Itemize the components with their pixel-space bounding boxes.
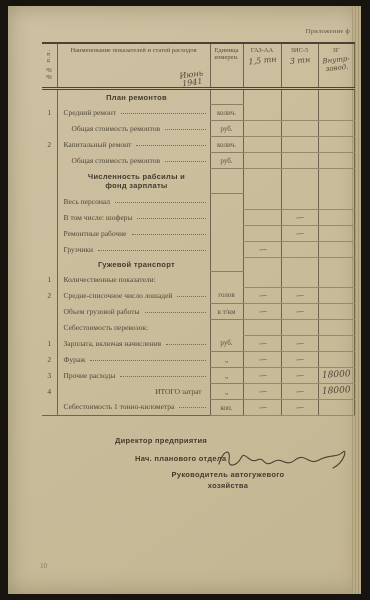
table-row: 2Капитальный ремонтколич.	[42, 137, 354, 153]
handwritten-dash: —	[296, 212, 303, 221]
row-label: Средне-списочное число лошадей	[64, 291, 173, 300]
row-label: Общая стоимость ремонтов	[72, 124, 161, 133]
value-cell	[318, 335, 354, 351]
value-cell	[281, 319, 318, 335]
unit-cell: коп.	[210, 399, 243, 415]
value-cell: —	[243, 287, 281, 303]
row-number	[42, 319, 57, 335]
unit-cell	[210, 241, 243, 257]
handwritten-dash: —	[258, 386, 265, 395]
row-number	[42, 121, 57, 137]
row-label-cell: Средне-списочное число лошадей	[57, 287, 210, 303]
value-cell	[243, 319, 281, 335]
value-cell: —	[281, 287, 318, 303]
table-row: Ремонтные рабочие—	[42, 225, 354, 241]
row-label-cell: Прочие расходы	[57, 367, 210, 383]
dot-leader	[98, 250, 205, 251]
value-cell: —	[243, 335, 281, 351]
value-cell: —	[281, 335, 318, 351]
row-label-cell: Грузчики	[57, 241, 210, 257]
handwritten-dash: —	[296, 386, 303, 395]
row-label: Количественные показатели:	[64, 275, 156, 284]
dot-leader	[165, 129, 205, 130]
row-label: Объем грузовой работы	[64, 307, 140, 316]
value-cell	[318, 225, 354, 241]
header-handwriting: Июнь 1941	[179, 69, 205, 88]
table-row: 2Фураж„——	[42, 351, 354, 367]
table-row: 1Средний ремонтколич.	[42, 105, 354, 121]
row-number: 2	[42, 287, 57, 303]
row-label: Себестоимость 1 тонно-километра	[64, 402, 175, 411]
value-cell	[243, 272, 281, 288]
dot-leader	[165, 161, 205, 162]
row-label-cell: Фураж	[57, 351, 210, 367]
row-label-cell: Себестоимость 1 тонно-километра	[57, 399, 210, 415]
row-label-cell: Общая стоимость ремонтов	[57, 153, 210, 169]
table-row: Общая стоимость ремонтовруб.	[42, 153, 354, 169]
handwritten-dash: —	[258, 338, 265, 347]
row-number: 1	[42, 335, 57, 351]
row-label-cell: Зарплата, включая начисления	[57, 335, 210, 351]
value-cell: —	[243, 351, 281, 367]
row-number: 2	[42, 351, 57, 367]
table-header-row: №№ п.п. Наименование показателей и стате…	[42, 43, 354, 89]
unit-cell: руб.	[210, 121, 243, 137]
section-title: План ремонтов	[64, 93, 210, 102]
dot-leader	[136, 145, 205, 146]
value-cell	[318, 121, 354, 137]
value-cell: —	[281, 225, 318, 241]
handwritten-dash: —	[258, 354, 265, 363]
row-label: ИТОГО затрат	[155, 387, 201, 396]
row-label: Весь персонал	[64, 197, 110, 206]
handwritten-value: 18000	[321, 370, 350, 380]
value-cell	[281, 137, 318, 153]
row-number	[42, 225, 57, 241]
handwritten-dash: —	[296, 354, 303, 363]
row-number: 1	[42, 105, 57, 121]
handwritten-value: 18000	[321, 386, 350, 396]
row-label-cell: Общая стоимость ремонтов	[57, 121, 210, 137]
header-gaz-aa-col: ГАЗ-АА 1,5 тн	[243, 43, 281, 89]
row-label: Зарплата, включая начисления	[64, 339, 162, 348]
value-cell	[243, 209, 281, 225]
table-row: 2Средне-списочное число лошадейголов——	[42, 287, 354, 303]
row-label-cell: Средний ремонт	[57, 105, 210, 121]
row-label: Грузчики	[64, 245, 94, 254]
row-number: 4	[42, 383, 57, 399]
table-row: Общая стоимость ремонтовруб.	[42, 121, 354, 137]
table-row: 4ИТОГО затрат„——18000	[42, 383, 354, 399]
dot-leader	[145, 312, 206, 313]
handwritten-dash: —	[296, 402, 303, 411]
unit-cell: в т/км	[210, 303, 243, 319]
table-row: 3Прочие расходы„——18000	[42, 367, 354, 383]
table-row: Объем грузовой работыв т/км——	[42, 303, 354, 319]
section-title: Гужевой транспорт	[64, 260, 210, 269]
row-number	[42, 209, 57, 225]
row-number	[42, 241, 57, 257]
value-cell	[281, 272, 318, 288]
section-header-row: План ремонтов	[42, 89, 354, 105]
value-cell	[318, 105, 354, 121]
value-cell: —	[281, 383, 318, 399]
header-name-col: Наименование показателей и статей расход…	[57, 43, 210, 89]
dot-leader	[177, 296, 205, 297]
table-row: 1Зарплата, включая начисленияруб.——	[42, 335, 354, 351]
dot-leader	[120, 376, 205, 377]
dot-leader	[137, 218, 205, 219]
row-label: Прочие расходы	[64, 371, 116, 380]
unit-cell	[210, 225, 243, 241]
unit-cell: „	[210, 367, 243, 383]
dot-leader	[121, 113, 205, 114]
value-cell	[281, 241, 318, 257]
signature-title-director: Директор предприятия	[115, 436, 207, 445]
row-label: Капитальный ремонт	[64, 140, 132, 149]
dot-leader	[166, 344, 205, 345]
row-number	[42, 194, 57, 210]
value-cell	[318, 209, 354, 225]
expense-form-table: №№ п.п. Наименование показателей и стате…	[42, 42, 355, 416]
value-cell: —	[243, 383, 281, 399]
value-cell: 18000	[318, 367, 354, 383]
appendix-note: Приложение ф	[306, 28, 350, 35]
table-row: 1Количественные показатели:	[42, 272, 354, 288]
header-num-col: №№ п.п.	[42, 43, 57, 89]
row-label-cell: Весь персонал	[57, 194, 210, 210]
handwritten-dash: —	[258, 402, 265, 411]
row-number	[42, 303, 57, 319]
value-cell: —	[281, 399, 318, 415]
handwritten-dash: —	[296, 228, 303, 237]
value-cell: —	[281, 303, 318, 319]
row-number: 1	[42, 272, 57, 288]
value-cell: —	[243, 367, 281, 383]
handwritten-signature	[213, 438, 353, 478]
row-number: 2	[42, 137, 57, 153]
value-cell	[318, 319, 354, 335]
unit-cell	[210, 272, 243, 288]
header-zis5-col: ЗИС-5 3 тн	[281, 43, 318, 89]
value-cell: —	[281, 351, 318, 367]
row-number	[42, 399, 57, 415]
table-row: Себестоимость перевозок:	[42, 319, 354, 335]
handwritten-dash: —	[296, 306, 303, 315]
value-cell	[243, 105, 281, 121]
dot-leader	[90, 360, 205, 361]
value-cell: —	[281, 209, 318, 225]
value-cell	[243, 137, 281, 153]
value-cell	[243, 225, 281, 241]
value-cell	[281, 105, 318, 121]
row-label: Фураж	[64, 355, 86, 364]
table-row: Себестоимость 1 тонно-километракоп.——	[42, 399, 354, 415]
row-label: В том числе: шоферы	[64, 213, 133, 222]
unit-cell: руб.	[210, 153, 243, 169]
row-number: 3	[42, 367, 57, 383]
unit-cell: колич.	[210, 137, 243, 153]
value-cell: —	[243, 399, 281, 415]
value-cell	[318, 153, 354, 169]
section-header-row: Численность рабсилы и фонд зарплаты	[42, 169, 354, 194]
unit-cell	[210, 319, 243, 335]
scanned-page: Приложение ф №№ п.п. Наименование показа…	[8, 6, 361, 594]
header-unit-col: Единица измерен.	[210, 43, 243, 89]
table-row: Весь персонал	[42, 194, 354, 210]
table-row: Грузчики—	[42, 241, 354, 257]
row-label: Общая стоимость ремонтов	[72, 156, 161, 165]
handwritten-dash: —	[258, 370, 265, 379]
unit-cell: руб.	[210, 335, 243, 351]
row-label-cell: ИТОГО затрат	[57, 383, 210, 399]
row-label: Ремонтные рабочие	[64, 229, 127, 238]
row-label-cell: Себестоимость перевозок:	[57, 319, 210, 335]
table-row: В том числе: шоферы—	[42, 209, 354, 225]
value-cell	[243, 194, 281, 210]
dot-leader	[179, 407, 205, 408]
section-header-row: Гужевой транспорт	[42, 257, 354, 272]
handwritten-dash: —	[296, 338, 303, 347]
dot-leader	[115, 202, 206, 203]
value-cell	[243, 121, 281, 137]
unit-cell: колич.	[210, 105, 243, 121]
row-label-cell: Капитальный ремонт	[57, 137, 210, 153]
value-cell	[318, 137, 354, 153]
value-cell: 18000	[318, 383, 354, 399]
row-number	[42, 153, 57, 169]
handwritten-dash: —	[258, 290, 265, 299]
unit-cell: „	[210, 383, 243, 399]
handwritten-dash: —	[296, 290, 303, 299]
value-cell	[318, 272, 354, 288]
value-cell	[281, 153, 318, 169]
handwritten-dash: —	[296, 370, 303, 379]
value-cell	[318, 194, 354, 210]
row-label-cell: Ремонтные рабочие	[57, 225, 210, 241]
value-cell	[318, 241, 354, 257]
row-label: Средний ремонт	[64, 108, 117, 117]
handwritten-dash: —	[258, 306, 265, 315]
row-label: Себестоимость перевозок:	[64, 323, 149, 332]
value-cell	[243, 153, 281, 169]
unit-cell: голов	[210, 287, 243, 303]
value-cell	[281, 121, 318, 137]
row-label-cell: Количественные показатели:	[57, 272, 210, 288]
unit-cell: „	[210, 351, 243, 367]
page-number: 10	[40, 562, 47, 570]
dot-leader	[132, 234, 206, 235]
section-title: Численность рабсилы и фонд зарплаты	[64, 172, 210, 191]
unit-cell	[210, 209, 243, 225]
header-other-col: ЗГ Внутр- завод.	[318, 43, 354, 89]
value-cell	[318, 287, 354, 303]
value-cell: —	[243, 241, 281, 257]
handwritten-dash: —	[258, 244, 265, 253]
row-label-cell: В том числе: шоферы	[57, 209, 210, 225]
value-cell	[318, 351, 354, 367]
unit-cell	[210, 194, 243, 210]
table-body: №№ п.п. Наименование показателей и стате…	[42, 43, 354, 415]
row-label-cell: Объем грузовой работы	[57, 303, 210, 319]
value-cell	[318, 399, 354, 415]
value-cell: —	[243, 303, 281, 319]
value-cell	[281, 194, 318, 210]
value-cell	[318, 303, 354, 319]
value-cell: —	[281, 367, 318, 383]
